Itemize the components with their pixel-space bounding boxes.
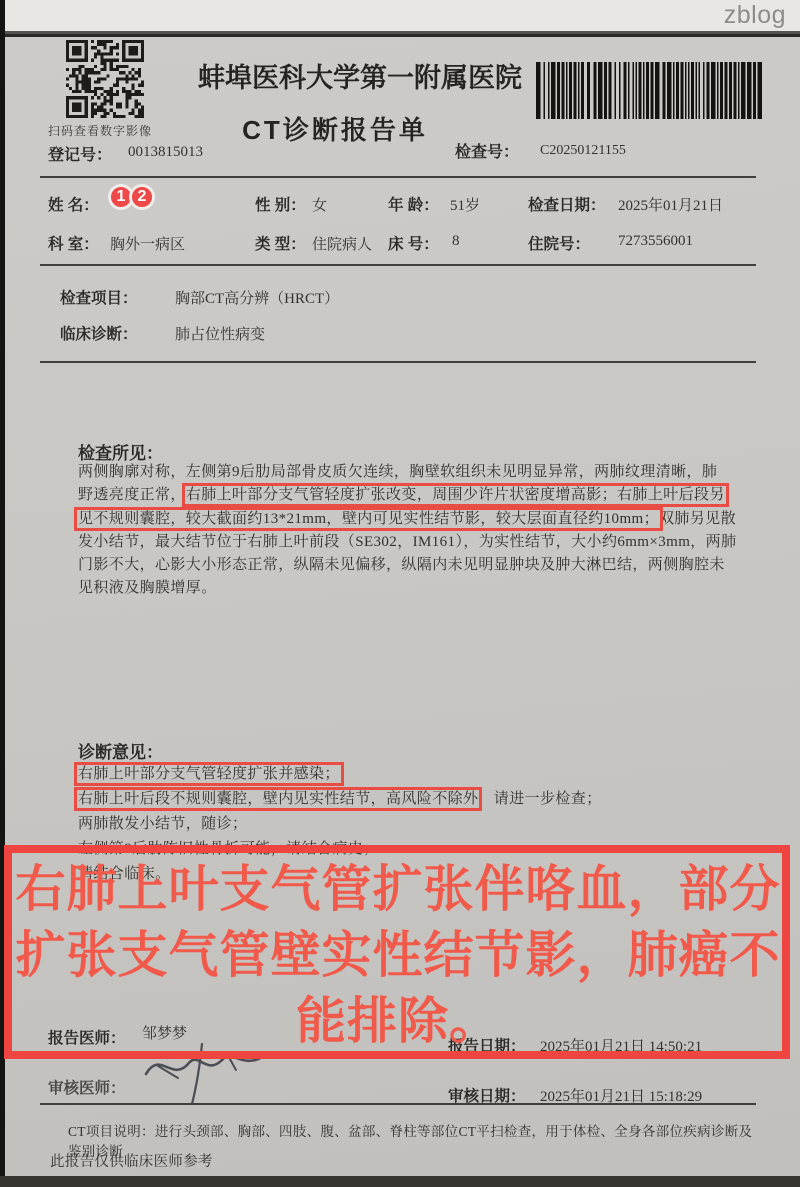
disclaimer: 此报告仅供临床医师参考 [50,1150,213,1171]
exam-item-label: 检查项目： [60,286,138,308]
photo-bottom-edge [0,1176,800,1187]
age-value: 51岁 [450,194,480,215]
badge-2: 2 [129,184,155,210]
type-label: 类 型： [255,232,306,254]
impression-line-4: 左侧第9后肋陈旧性骨折可能，请结合病史； [78,837,760,862]
findings-highlight: 见不规则囊腔，较大截面约13*21mm，壁内可见实性结节影，较大层面直径约10m… [78,511,659,527]
findings-line: 见不规则囊腔，较大截面约13*21mm，壁内可见实性结节影，较大层面直径约10m… [78,508,760,531]
reviewer-signature [138,1036,278,1106]
header-separator [40,176,756,178]
type-value: 住院病人 [312,233,372,254]
age-label: 年 龄： [388,193,439,215]
exam-no-value: C20250121155 [540,143,626,159]
impression-line-3: 两肺散发小结节，随诊； [78,812,760,837]
report-photo: zblog 扫码查看数字影像 蚌埠医科大学第一附属医院 CT诊断报告单 登记号：… [0,0,800,1187]
impression-text: ，请进一步检查； [478,791,601,807]
impression-heading: 诊断意见： [78,738,163,763]
findings-text: 发小结节，最大结节位于右肺上叶前段（SE302，IM161），为实性结节，大小约… [78,534,736,550]
impression-highlight: 右肺上叶部分支气管轻度扩张并感染； [78,766,340,782]
barcode [536,62,762,119]
findings-line: 野透亮度正常，右肺上叶部分支气管轻度扩张改变，周围少许片状密度增高影；右肺上叶后… [78,484,760,507]
findings-text: 门影不大，心影大小形态正常，纵隔未见偏移，纵隔内未见明显肿块及肿大淋巴结，两侧胸… [78,557,725,573]
exam-date-label: 检查日期： [528,193,606,215]
report-doctor-label: 报告医师： [48,1026,126,1048]
impression-paragraph: 右肺上叶部分支气管轻度扩张并感染； 右肺上叶后段不规则囊腔，壁内见实性结节，高风… [78,762,760,887]
findings-line: 两侧胸廓对称，左侧第9后肋局部骨皮质欠连续，胸壁软组织未见明显异常，两肺纹理清晰… [78,461,760,484]
dept-value: 胸外一病区 [110,233,185,254]
hospital-name: 蚌埠医科大学第一附属医院 [170,56,550,95]
dept-label: 科 室： [48,232,99,254]
findings-line: 门影不大，心影大小形态正常，纵隔未见偏移，纵隔内未见明显肿块及肿大淋巴结，两侧胸… [78,554,760,577]
report-title: CT诊断报告单 [170,110,500,147]
impression-highlight: 右肺上叶后段不规则囊腔，壁内见实性结节，高风险不除外 [78,791,478,807]
findings-text: 见积液及胸膜增厚。 [78,580,217,596]
report-date-label: 报告日期： [448,1034,526,1056]
findings-paragraph: 两侧胸廓对称，左侧第9后肋局部骨皮质欠连续，胸壁软组织未见明显异常，两肺纹理清晰… [78,461,760,601]
findings-text: 野透亮度正常， [78,487,186,503]
photo-top-band: zblog [0,0,800,34]
findings-text: 双肺另见散 [659,511,736,527]
bed-value: 8 [452,233,460,250]
exam-item-value: 胸部CT高分辨（HRCT） [175,287,339,308]
clinical-dx-value: 肺占位性病变 [175,323,265,344]
qr-caption: 扫码查看数字影像 [48,122,152,139]
blog-watermark: zblog [724,1,786,30]
findings-highlight: 右肺上叶部分支气管轻度扩张改变，周围少许片状密度增高影；右肺上叶后段另 [186,487,725,503]
findings-line: 见积液及胸膜增厚。 [78,577,760,600]
reg-no-label: 登记号： [48,142,112,165]
admission-no-value: 7273556001 [618,233,693,250]
report-date-value: 2025年01月21日 14:50:21 [540,1035,702,1056]
reg-no-value: 0013815013 [128,144,203,161]
exam-no-label: 检查号： [455,139,519,162]
exam-date-value: 2025年01月21日 [618,194,723,215]
bed-label: 床 号： [388,232,439,254]
review-doctor-label: 审核医师： [48,1076,126,1098]
admission-no-label: 住院号： [528,232,590,254]
impression-line-1: 右肺上叶部分支气管轻度扩张并感染； [78,762,760,787]
gender-value: 女 [312,194,327,215]
name-redaction-badges: 12 [108,184,155,210]
qr-code [66,40,144,118]
patient-separator [40,264,756,266]
exam-separator [40,361,756,363]
gender-label: 性 别： [255,193,306,215]
findings-text: 两侧胸廓对称，左侧第9后肋局部骨皮质欠连续，胸壁软组织未见明显异常，两肺纹理清晰… [78,464,717,480]
findings-line: 发小结节，最大结节位于右肺上叶前段（SE302，IM161），为实性结节，大小约… [78,531,760,554]
name-label: 姓 名： [48,193,99,215]
impression-line-2: 右肺上叶后段不规则囊腔，壁内见实性结节，高风险不除外，请进一步检查； [78,787,760,812]
impression-line-5: 请结合临床。 [78,862,760,887]
footer-separator [40,1103,756,1105]
clinical-dx-label: 临床诊断： [60,322,138,344]
